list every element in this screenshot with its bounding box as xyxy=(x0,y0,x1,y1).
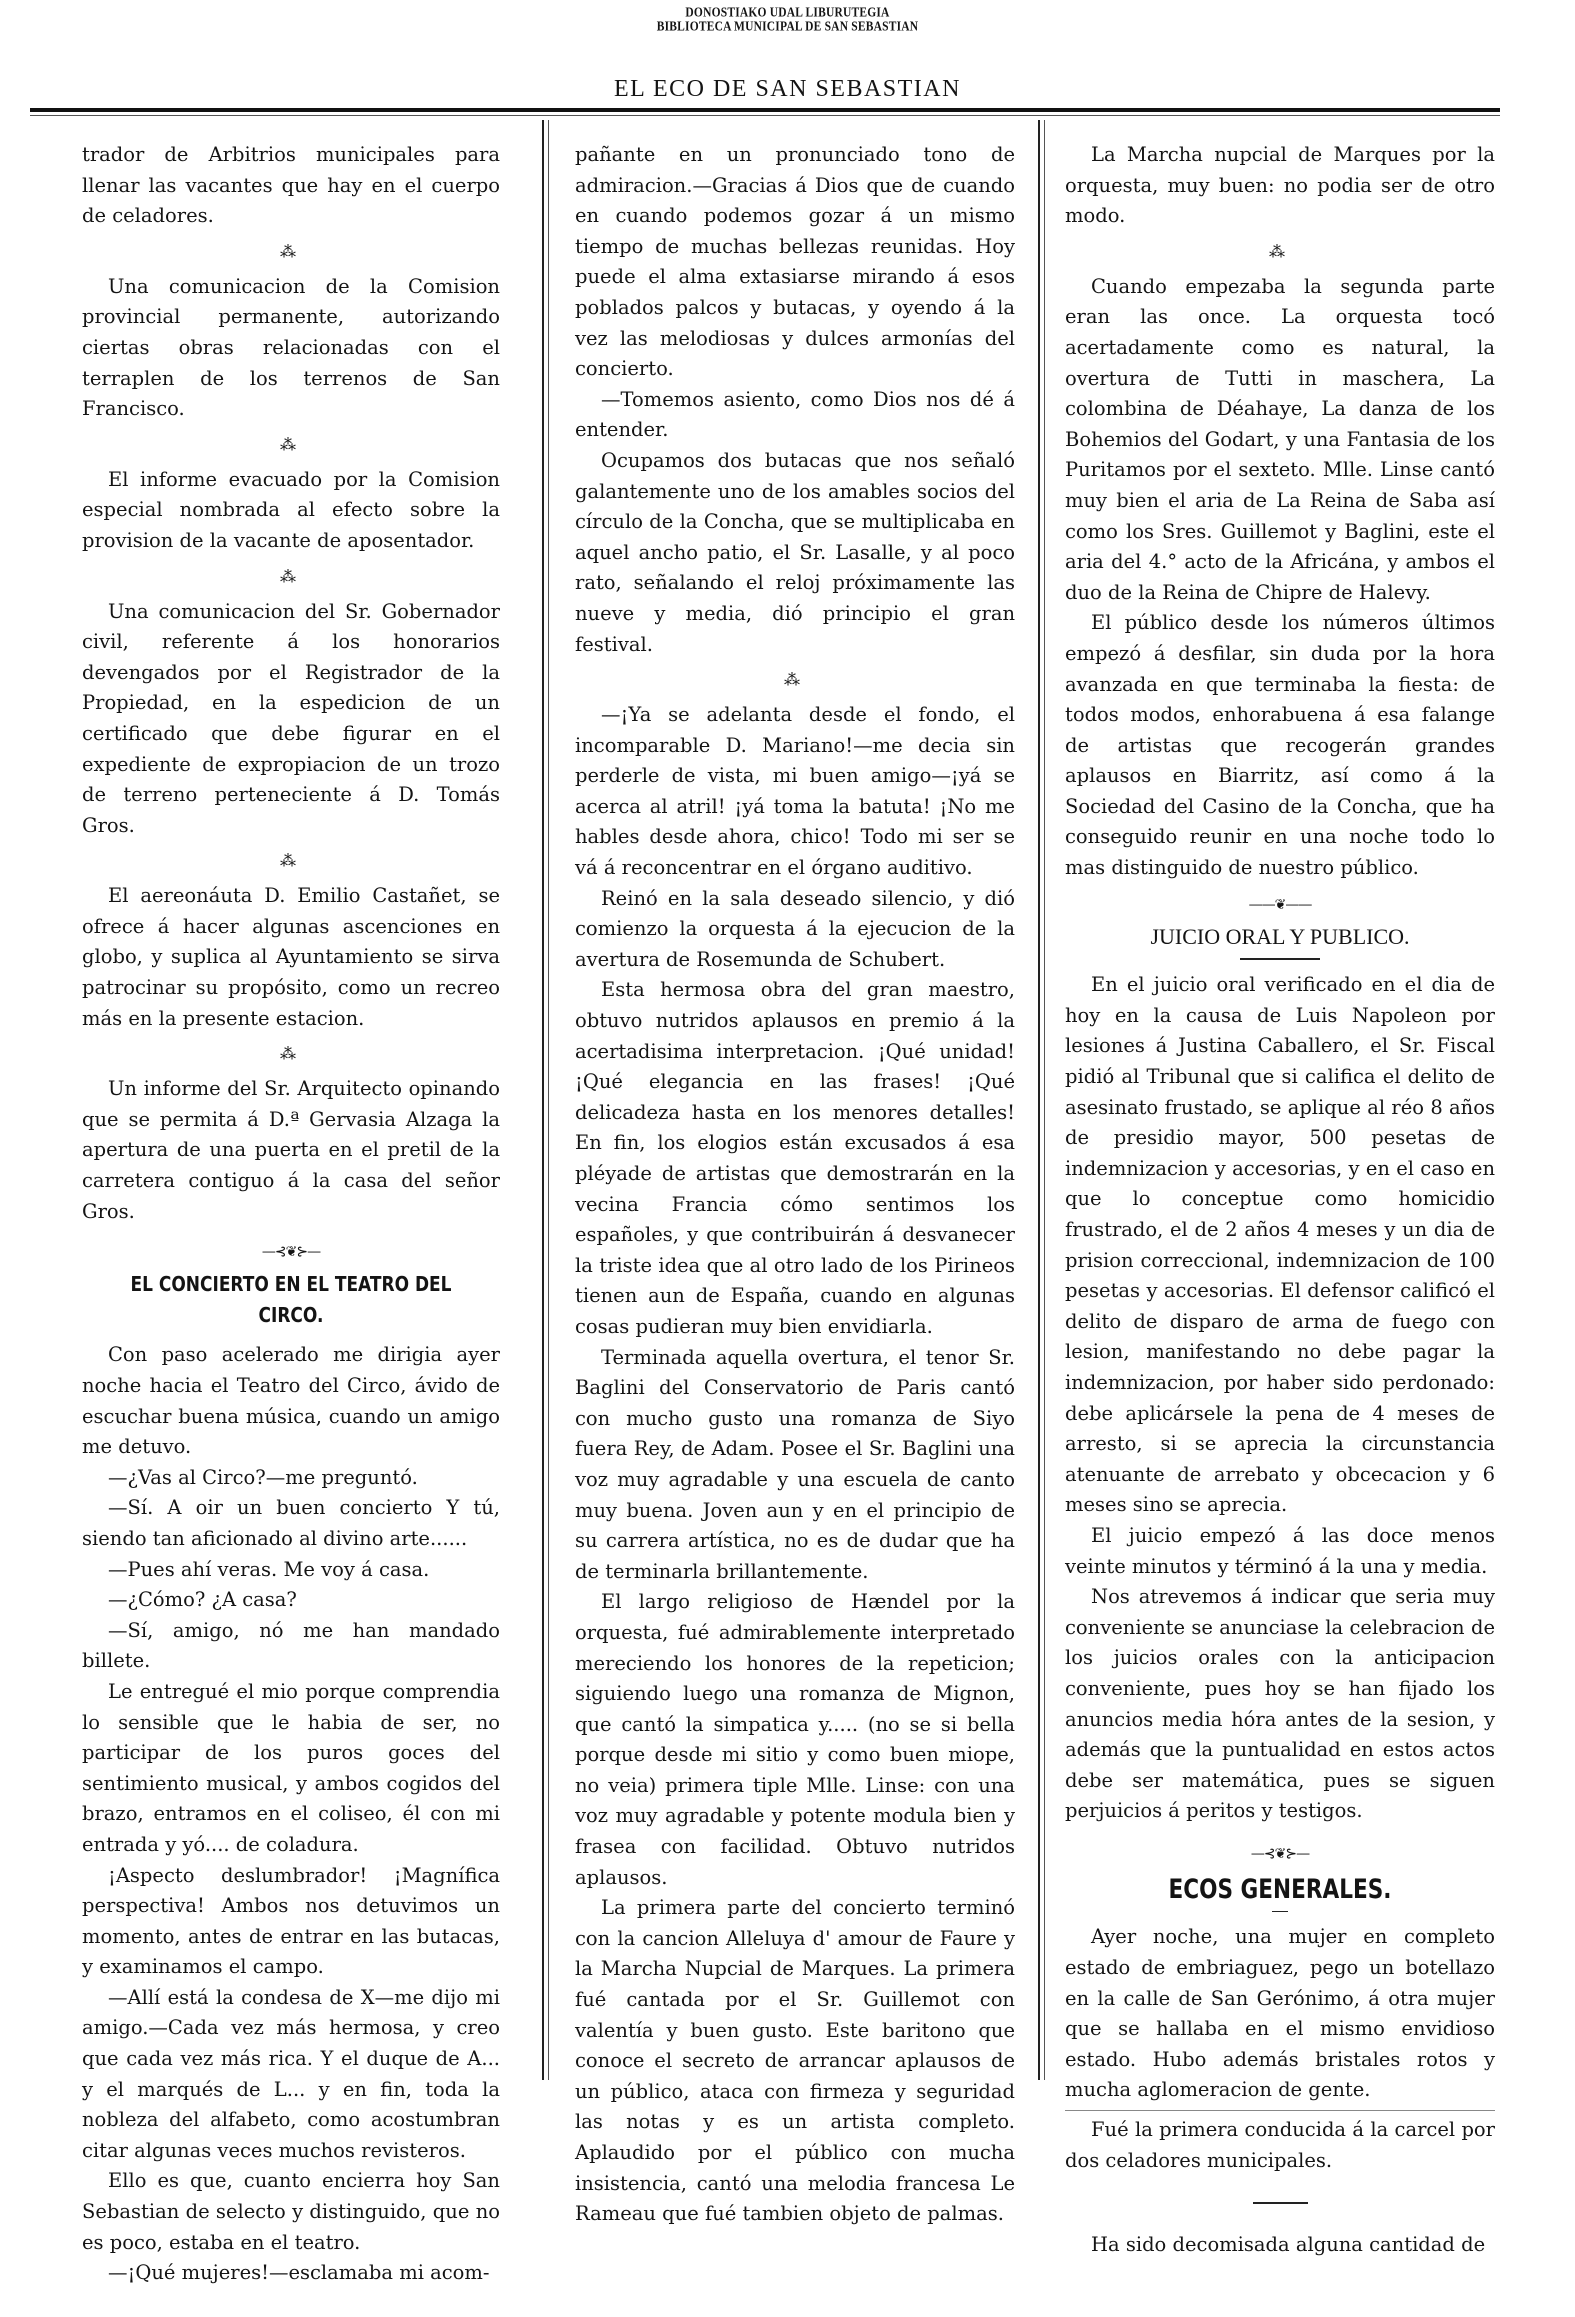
asterism-separator: ⁂ xyxy=(82,232,500,272)
masthead-rule-thin xyxy=(30,115,1500,116)
dialogue-line: —¿Vas al Circo?—me preguntó. xyxy=(82,1463,500,1494)
smudge-line xyxy=(1065,2110,1495,2111)
heading-underline xyxy=(1240,958,1320,960)
paragraph: Una comunicacion de la Comision provinci… xyxy=(82,272,500,425)
paragraph: El informe evacuado por la Comision espe… xyxy=(82,465,500,557)
ornament-divider-icon: ——❦—— xyxy=(1065,892,1495,918)
paragraph: Ocupamos dos butacas que nos señaló gala… xyxy=(575,446,1015,660)
column-divider-right-thin xyxy=(1044,120,1045,2080)
section-heading-ecos: ECOS GENERALES. xyxy=(1108,1875,1452,1906)
dialogue-line: —¿Cómo? ¿A casa? xyxy=(82,1585,500,1616)
paragraph: Fué la primera conducida á la carcel por… xyxy=(1065,2115,1495,2176)
paragraph: Ello es que, cuanto encierra hoy San Seb… xyxy=(82,2166,500,2258)
ornament-divider-icon: —⊰❦⊱— xyxy=(1065,1841,1495,1867)
column-right: La Marcha nupcial de Marques por la orqu… xyxy=(1065,140,1495,2261)
column-divider-left-thin xyxy=(548,120,549,2080)
paragraph: Una comunicacion del Sr. Gobernador civi… xyxy=(82,597,500,842)
item-divider xyxy=(1253,2202,1308,2204)
library-stamp-line2: BIBLIOTECA MUNICIPAL DE SAN SEBASTIAN xyxy=(0,20,1575,34)
paragraph: —Allí está la condesa de X—me dijo mi am… xyxy=(82,1983,500,2167)
paragraph: El juicio empezó á las doce menos veinte… xyxy=(1065,1521,1495,1582)
paragraph: Con paso acelerado me dirigia ayer noche… xyxy=(82,1340,500,1462)
asterism-separator: ⁂ xyxy=(82,557,500,597)
paragraph: —¡Ya se adelanta desde el fondo, el inco… xyxy=(575,700,1015,884)
dialogue-line: —Sí, amigo, nó me han mandado billete. xyxy=(82,1616,500,1677)
paragraph: Cuando empezaba la segunda parte eran la… xyxy=(1065,272,1495,609)
column-divider-left xyxy=(542,120,544,2080)
section-heading-juicio: JUICIO ORAL Y PUBLICO. xyxy=(1065,922,1495,953)
asterism-separator: ⁂ xyxy=(82,425,500,465)
paragraph: Le entregué el mio porque comprendia lo … xyxy=(82,1677,500,1861)
asterism-separator: ⁂ xyxy=(82,1034,500,1074)
column-left: trador de Arbitrios municipales para lle… xyxy=(82,140,500,2289)
paragraph: En el juicio oral verificado en el dia d… xyxy=(1065,970,1495,1521)
paragraph: trador de Arbitrios municipales para lle… xyxy=(82,140,500,232)
paragraph: —¡Qué mujeres!—esclamaba mi acom- xyxy=(82,2258,500,2289)
paragraph: Esta hermosa obra del gran maestro, obtu… xyxy=(575,975,1015,1342)
paragraph: Un informe del Sr. Arquitecto opinando q… xyxy=(82,1074,500,1227)
dialogue-line: —Sí. A oir un buen concierto Y tú, siend… xyxy=(82,1493,500,1554)
paragraph: Terminada aquella overtura, el tenor Sr.… xyxy=(575,1343,1015,1588)
newspaper-masthead: EL ECO DE SAN SEBASTIAN xyxy=(0,76,1575,103)
paragraph: El aereonáuta D. Emilio Castañet, se ofr… xyxy=(82,881,500,1034)
library-stamp: DONOSTIAKO UDAL LIBURUTEGIA BIBLIOTECA M… xyxy=(0,6,1575,34)
asterism-separator: ⁂ xyxy=(82,841,500,881)
paragraph: Nos atrevemos á indicar que seria muy co… xyxy=(1065,1582,1495,1827)
paragraph: Ayer noche, una mujer en completo estado… xyxy=(1065,1922,1495,2106)
paragraph: La primera parte del concierto terminó c… xyxy=(575,1893,1015,2230)
paragraph: Reinó en la sala deseado silencio, y dió… xyxy=(575,884,1015,976)
paragraph: pañante en un pronunciado tono de admira… xyxy=(575,140,1015,385)
section-heading-concierto: EL CONCIERTO EN EL TEATRO DEL CIRCO. xyxy=(113,1269,468,1330)
dialogue-line: —Pues ahí veras. Me voy á casa. xyxy=(82,1555,500,1586)
ornament-divider-icon: —⊰❦⊱— xyxy=(82,1239,500,1265)
asterism-separator: ⁂ xyxy=(575,660,1015,700)
paragraph: ¡Aspecto deslumbrador! ¡Magnífica perspe… xyxy=(82,1861,500,1983)
column-middle: pañante en un pronunciado tono de admira… xyxy=(575,140,1015,2230)
paragraph: Ha sido decomisada alguna cantidad de xyxy=(1065,2230,1495,2261)
asterism-separator: ⁂ xyxy=(1065,232,1495,272)
heading-underline xyxy=(1272,1911,1288,1912)
paragraph: El largo religioso de Hændel por la orqu… xyxy=(575,1587,1015,1893)
dialogue-line: —Tomemos asiento, como Dios nos dé á ent… xyxy=(575,385,1015,446)
paragraph: El público desde los números últimos emp… xyxy=(1065,608,1495,883)
library-stamp-line1: DONOSTIAKO UDAL LIBURUTEGIA xyxy=(0,6,1575,20)
paragraph: La Marcha nupcial de Marques por la orqu… xyxy=(1065,140,1495,232)
masthead-rule xyxy=(30,108,1500,112)
column-divider-right xyxy=(1038,120,1040,2080)
